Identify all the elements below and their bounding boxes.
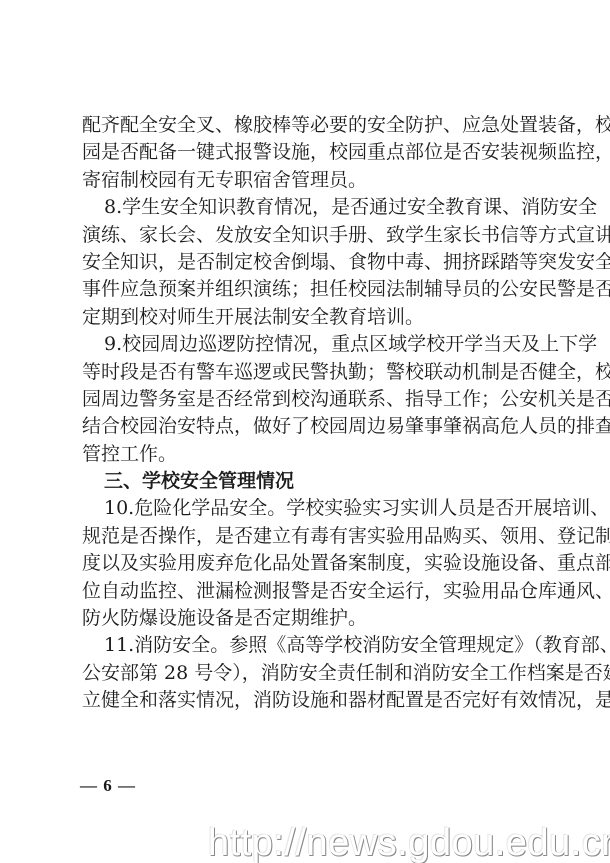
- text-line: 等时段是否有警车巡逻或民警执勤；警校联动机制是否健全，校: [82, 359, 534, 386]
- text-line: 管控工作。: [82, 441, 534, 468]
- text-line: 配齐配全安全叉、橡胶棒等必要的安全防护、应急处置装备，校: [82, 112, 534, 139]
- text-line: 规范是否操作，是否建立有毒有害实验用品购买、领用、登记制: [82, 523, 534, 550]
- text-line: 立健全和落实情况，消防设施和器材配置是否完好有效情况，是: [82, 687, 534, 714]
- text-line: 防火防爆设施设备是否定期维护。: [82, 605, 534, 632]
- item-8-start: 8.学生安全知识教育情况，是否通过安全教育课、消防安全: [82, 194, 534, 221]
- item-10-start: 10.危险化学品安全。学校实验实习实训人员是否开展培训、: [82, 495, 534, 522]
- text-line: 事件应急预案并组织演练；担任校园法制辅导员的公安民警是否: [82, 276, 534, 303]
- item-11-start: 11.消防安全。参照《高等学校消防安全管理规定》（教育部、: [82, 632, 534, 659]
- watermark-url: http://news.gdou.edu.cn: [208, 822, 610, 863]
- text-line: 位自动监控、泄漏检测报警是否安全运行，实验用品仓库通风、: [82, 578, 534, 605]
- page-number: — 6 —: [80, 776, 136, 796]
- document-page: 配齐配全安全叉、橡胶棒等必要的安全防护、应急处置装备，校 园是否配备一键式报警设…: [0, 0, 610, 863]
- text-line: 结合校园治安特点，做好了校园周边易肇事肇祸高危人员的排查: [82, 413, 534, 440]
- text-line: 园周边警务室是否经常到校沟通联系、指导工作；公安机关是否: [82, 386, 534, 413]
- text-line: 园是否配备一键式报警设施，校园重点部位是否安装视频监控，: [82, 139, 534, 166]
- text-line: 定期到校对师生开展法制安全教育培训。: [82, 304, 534, 331]
- text-line: 度以及实验用废弃危化品处置备案制度，实验设施设备、重点部: [82, 550, 534, 577]
- document-body: 配齐配全安全叉、橡胶棒等必要的安全防护、应急处置装备，校 园是否配备一键式报警设…: [82, 112, 534, 715]
- text-line: 寄宿制校园有无专职宿舍管理员。: [82, 167, 534, 194]
- text-line: 公安部第 28 号令），消防安全责任制和消防安全工作档案是否建: [82, 660, 534, 687]
- item-9-start: 9.校园周边巡逻防控情况，重点区域学校开学当天及上下学: [82, 331, 534, 358]
- text-line: 演练、家长会、发放安全知识手册、致学生家长书信等方式宣讲: [82, 222, 534, 249]
- section-heading: 三、学校安全管理情况: [82, 468, 534, 495]
- text-line: 安全知识，是否制定校舍倒塌、食物中毒、拥挤踩踏等突发安全: [82, 249, 534, 276]
